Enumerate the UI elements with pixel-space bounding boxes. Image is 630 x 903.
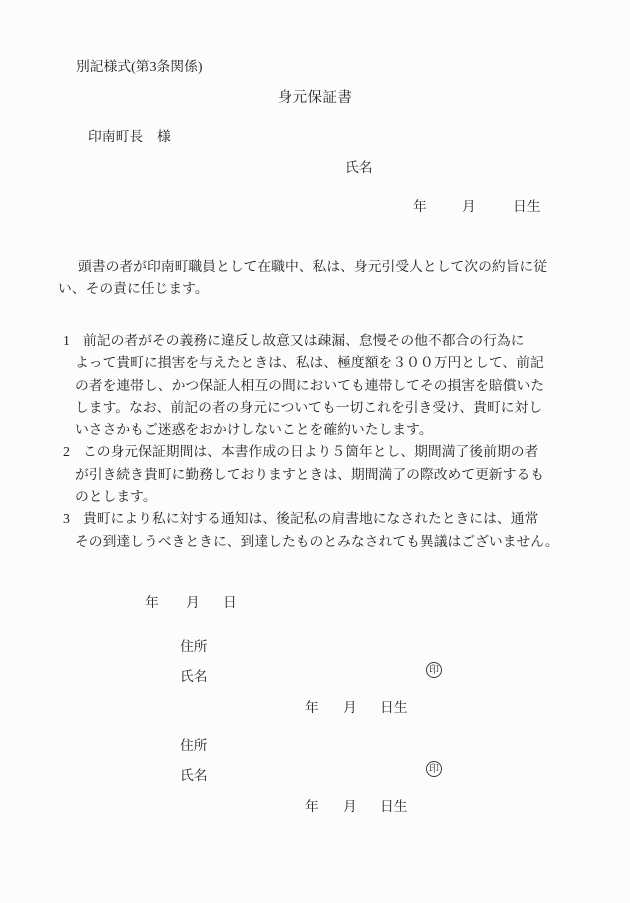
guarantor-birthdate-line: 年 月 日生 bbox=[0, 800, 630, 816]
text-line: 頭書の者が印南町職員として在職中、私は、身元引受人として次の約旨に従 bbox=[58, 256, 547, 278]
clause-text: 前記の者がその義務に違反し故意又は疎漏、怠慢その他不都合の行為によって貴町に損害… bbox=[75, 330, 544, 441]
year-label: 年 bbox=[413, 200, 427, 214]
guarantor-birthdate-line: 年 月 日生 bbox=[0, 701, 630, 717]
clause-3: 3 貴町により私に対する通知は、後記私の肩書地になされたときには、通常その到達し… bbox=[63, 508, 630, 553]
day-born-label: 日生 bbox=[380, 701, 408, 715]
form-reference: 別記様式(第3条関係) bbox=[76, 60, 202, 74]
preamble-paragraph: 頭書の者が印南町職員として在職中、私は、身元引受人として次の約旨に従い、その責に… bbox=[58, 256, 547, 299]
text-line: いささかもご迷惑をおかけしないことを確約いたします。 bbox=[75, 419, 544, 441]
identity-guarantee-form-page: 別記様式(第3条関係) 身元保証書 印南町長 様 氏名 年 月 日生 頭書の者が… bbox=[0, 0, 630, 903]
text-line: します。なお、前記の者の身元についても一切これを引き受け、貴町に対し bbox=[75, 397, 544, 419]
clause-number: 3 bbox=[63, 508, 75, 553]
day-born-label: 日生 bbox=[513, 200, 541, 214]
clauses-list: 1 前記の者がその義務に違反し故意又は疎漏、怠慢その他不都合の行為によって貴町に… bbox=[0, 330, 630, 553]
month-label: 月 bbox=[462, 200, 476, 214]
text-line: この身元保証期間は、本書作成の日より５箇年とし、期間満了後前期の者 bbox=[75, 441, 544, 463]
guarantor-block-1: 住所 氏名 印 年 月 日生 bbox=[0, 640, 630, 724]
address-label: 住所 bbox=[180, 739, 208, 753]
text-line: その到達しうべきときに、到達したものとみなされても異議はございません。 bbox=[75, 531, 559, 553]
month-label: 月 bbox=[343, 701, 357, 715]
signature-date-line: 年 月 日 bbox=[0, 596, 630, 612]
year-label: 年 bbox=[145, 596, 159, 610]
year-label: 年 bbox=[305, 800, 319, 814]
month-label: 月 bbox=[343, 800, 357, 814]
year-label: 年 bbox=[305, 701, 319, 715]
employee-birthdate-line: 年 月 日生 bbox=[0, 200, 630, 216]
address-label: 住所 bbox=[180, 640, 208, 654]
text-line: のとします。 bbox=[75, 486, 544, 508]
clause-number: 1 bbox=[63, 330, 75, 441]
day-label: 日 bbox=[223, 596, 237, 610]
seal-mark-icon: 印 bbox=[426, 761, 442, 777]
clause-text: この身元保証期間は、本書作成の日より５箇年とし、期間満了後前期の者が引き続き貴町… bbox=[75, 441, 544, 508]
day-born-label: 日生 bbox=[380, 800, 408, 814]
clause-1: 1 前記の者がその義務に違反し故意又は疎漏、怠慢その他不都合の行為によって貴町に… bbox=[63, 330, 630, 441]
guarantor-block-2: 住所 氏名 印 年 月 日生 bbox=[0, 739, 630, 823]
addressee: 印南町長 様 bbox=[88, 130, 171, 144]
text-line: よって貴町に損害を与えたときは、私は、極度額を３００万円として、前記 bbox=[75, 352, 544, 374]
name-label: 氏名 bbox=[180, 769, 208, 783]
text-line: い、その責に任じます。 bbox=[58, 278, 547, 300]
text-line: 貴町により私に対する通知は、後記私の肩書地になされたときには、通常 bbox=[75, 508, 559, 530]
text-line: 前記の者がその義務に違反し故意又は疎漏、怠慢その他不都合の行為に bbox=[75, 330, 544, 352]
seal-mark-icon: 印 bbox=[426, 662, 442, 678]
clause-text: 貴町により私に対する通知は、後記私の肩書地になされたときには、通常その到達しうべ… bbox=[75, 508, 559, 553]
clause-number: 2 bbox=[63, 441, 75, 508]
document-title: 身元保証書 bbox=[0, 91, 630, 106]
text-line: の者を連帯し、かつ保証人相互の間においても連帯してその損害を賠償いた bbox=[75, 375, 544, 397]
name-label: 氏名 bbox=[180, 670, 208, 684]
clause-2: 2 この身元保証期間は、本書作成の日より５箇年とし、期間満了後前期の者が引き続き… bbox=[63, 441, 630, 508]
employee-name-label: 氏名 bbox=[345, 161, 373, 175]
text-line: が引き続き貴町に勤務しておりますときは、期間満了の際改めて更新するも bbox=[75, 464, 544, 486]
month-label: 月 bbox=[186, 596, 200, 610]
